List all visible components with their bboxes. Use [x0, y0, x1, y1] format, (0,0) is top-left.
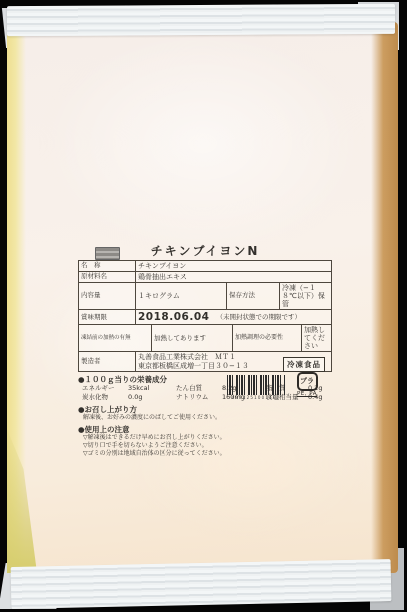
row-value: １キログラム [135, 283, 226, 309]
table-row-contents-storage: 内容量 １キログラム 保存方法 冷凍（−１８℃以下）保管 [79, 282, 331, 309]
row-value: チキンブイヨン [135, 261, 331, 271]
nutrient-label: ナトリウム [176, 393, 222, 402]
nutrient-label: 炭水化物 [82, 393, 128, 402]
row-header: 賞味期限 [79, 310, 135, 324]
food-label-table: 名 称 チキンブイヨン 原材料名 鶏骨抽出エキス 内容量 １キログラム 保存方法… [78, 260, 332, 372]
barcode: 4974251001467 [227, 375, 285, 400]
caution-item: ▽切り口で手を切らないようご注意ください。 [78, 442, 268, 450]
barcode-bars [227, 375, 285, 395]
cautions-heading: ●使用上の注意 [78, 425, 332, 434]
nutrition-line-2: 炭水化物 0.0g ナトリウム 160mg 食塩相当量 0.4g [78, 393, 332, 402]
serving-heading: ●お召し上がり方 [78, 405, 332, 414]
row-value: 鶏骨抽出エキス [135, 272, 331, 282]
row-value-2: 冷凍（−１８℃以下）保管 [279, 283, 331, 309]
caution-item: ▽ゴミの分別は地域自治体の区分に従ってください。 [78, 450, 268, 458]
row-header: 名 称 [79, 261, 135, 271]
nutrition-section: ●１００ｇ当りの栄養成分 エネルギー 35kcal たん白質 8.2g 脂 質 … [78, 375, 332, 402]
table-row-ingredients: 原材料名 鶏骨抽出エキス [79, 271, 331, 282]
table-row-heating: 凍結前の加熱の有無 加熱してあります 加熱調理の必要性 加熱してください [79, 324, 331, 351]
nutrition-heading: ●１００ｇ当りの栄養成分 [78, 375, 332, 384]
nutrient-label: たん白質 [176, 384, 222, 393]
plastic-recycle-mark: プラ PE, PA [295, 372, 319, 397]
row-header-2: 加熱調理の必要性 [232, 325, 301, 351]
row-value: 加熱してあります [151, 325, 232, 351]
crimped-seal-bottom [11, 559, 392, 609]
title-row: チキンブイヨンN [78, 243, 332, 260]
row-value-2: 加熱してください [301, 325, 331, 351]
nutrient-label: エネルギー [82, 384, 128, 393]
crimped-seal-top [7, 4, 395, 36]
maker-stamp [95, 247, 120, 260]
nutrition-line-1: エネルギー 35kcal たん白質 8.2g 脂 質 0.2g [78, 384, 332, 393]
pouch-right-liquid-edge [371, 22, 398, 573]
expiry-note: （未開封状態での期限です） [216, 314, 301, 321]
photo-background: チキンブイヨンN 名 称 チキンブイヨン 原材料名 鶏骨抽出エキス 内容量 １キ… [0, 0, 407, 612]
row-header: 製造者 [79, 352, 135, 371]
row-value: 2018.06.04 （未開封状態での期限です） [135, 310, 331, 324]
serving-text: 解凍後、お好みの濃度にのばしてご使用ください。 [78, 414, 278, 422]
material-codes: PE, PA [295, 391, 319, 397]
row-header: 内容量 [79, 283, 135, 309]
serving-section: ●お召し上がり方 解凍後、お好みの濃度にのばしてご使用ください。 [78, 405, 332, 422]
row-header: 原材料名 [79, 272, 135, 282]
row-header-2: 保存方法 [226, 283, 279, 309]
row-header: 凍結前の加熱の有無 [79, 325, 151, 351]
caution-item: ▽解凍後はできるだけ早めにお召し上がりください。 [78, 434, 268, 442]
frozen-food-badge: 冷凍食品 [283, 357, 325, 372]
product-label: チキンブイヨンN 名 称 チキンブイヨン 原材料名 鶏骨抽出エキス 内容量 １キ… [78, 243, 332, 458]
expiry-date: 2018.06.04 [138, 311, 209, 323]
cautions-section: ●使用上の注意 ▽解凍後はできるだけ早めにお召し上がりください。 ▽切り口で手を… [78, 425, 332, 458]
nutrient-value: 35kcal [128, 384, 176, 393]
table-row-expiry: 賞味期限 2018.06.04 （未開封状態での期限です） [79, 309, 331, 324]
table-row-name: 名 称 チキンブイヨン [79, 261, 331, 271]
recycle-pla-icon: プラ [297, 372, 318, 391]
nutrient-value: 0.0g [128, 393, 176, 402]
barcode-number: 4974251001467 [227, 395, 285, 400]
